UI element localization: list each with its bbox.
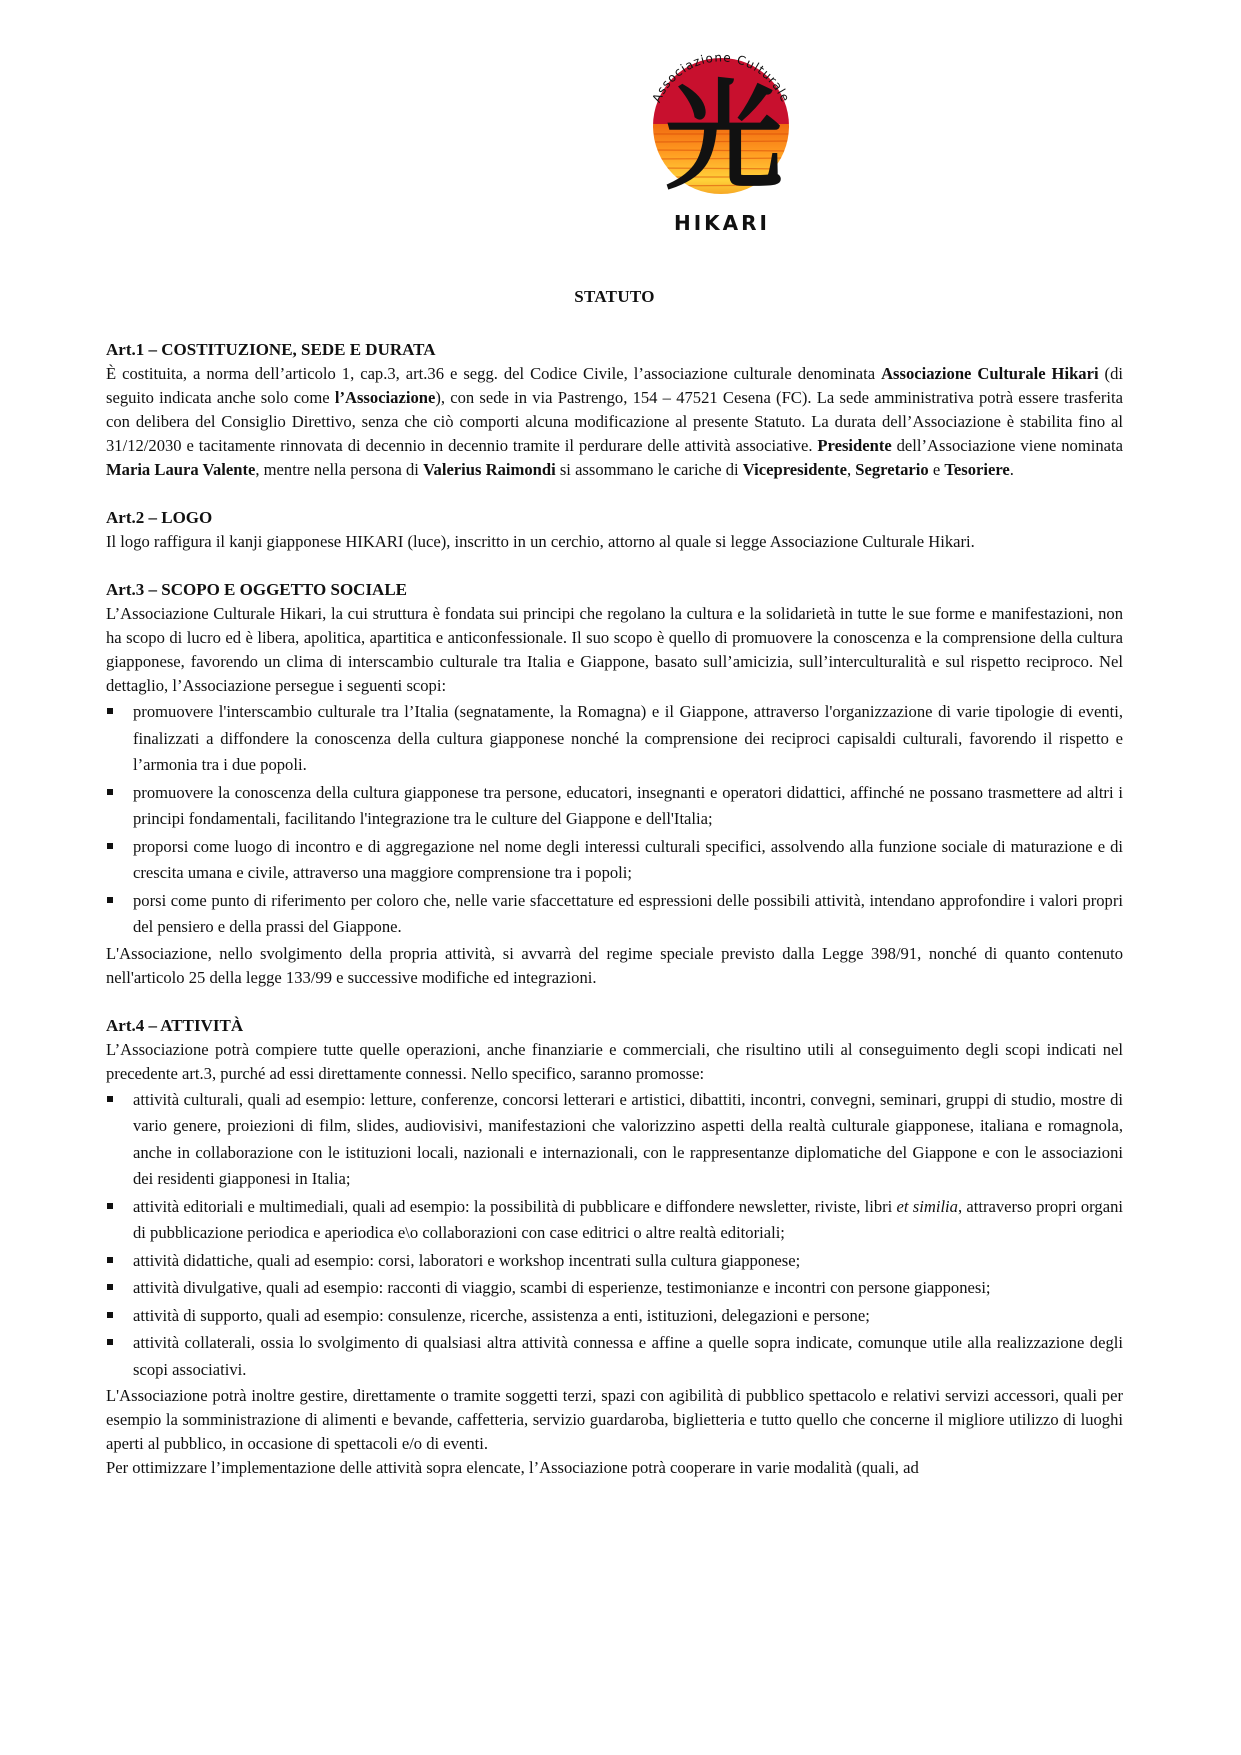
article-4: Art.4 – ATTIVITÀ L’Associazione potrà co…	[106, 1014, 1123, 1481]
article-intro: L’Associazione Culturale Hikari, la cui …	[106, 602, 1123, 698]
article-paragraph: Il logo raffigura il kanji giapponese HI…	[106, 530, 1123, 554]
hikari-logo: Associazione Culturale 光 HIKARI	[634, 38, 814, 238]
square-bullet-icon	[107, 1339, 113, 1345]
bold-text: Vicepresidente	[743, 460, 847, 479]
bold-text: l’Associazione	[335, 388, 435, 407]
list-item: promuovere l'interscambio culturale tra …	[106, 699, 1123, 779]
article-heading: Art.1 – COSTITUZIONE, SEDE E DURATA	[106, 338, 1123, 362]
document-title: STATUTO	[106, 287, 1123, 307]
bold-text: Valerius Raimondi	[423, 460, 556, 479]
square-bullet-icon	[107, 1096, 113, 1102]
list-item-text: porsi come punto di riferimento per colo…	[133, 891, 1123, 937]
list-item: attività culturali, quali ad esempio: le…	[106, 1087, 1123, 1193]
article-intro: L’Associazione potrà compiere tutte quel…	[106, 1038, 1123, 1086]
square-bullet-icon	[107, 1312, 113, 1318]
list-item: attività di supporto, quali ad esempio: …	[106, 1303, 1123, 1330]
bullet-list: promuovere l'interscambio culturale tra …	[106, 699, 1123, 941]
list-item-text: proporsi come luogo di incontro e di agg…	[133, 837, 1123, 883]
square-bullet-icon	[107, 708, 113, 714]
article-heading: Art.3 – SCOPO E OGGETTO SOCIALE	[106, 578, 1123, 602]
article-paragraph: È costituita, a norma dell’articolo 1, c…	[106, 362, 1123, 482]
list-item-text: promuovere la conoscenza della cultura g…	[133, 783, 1123, 829]
list-item-text: promuovere l'interscambio culturale tra …	[133, 702, 1123, 774]
square-bullet-icon	[107, 1284, 113, 1290]
bold-text: Presidente	[817, 436, 891, 455]
square-bullet-icon	[107, 897, 113, 903]
article-2: Art.2 – LOGO Il logo raffigura il kanji …	[106, 506, 1123, 554]
list-item-text: attività divulgative, quali ad esempio: …	[133, 1278, 991, 1297]
article-heading: Art.2 – LOGO	[106, 506, 1123, 530]
list-item: promuovere la conoscenza della cultura g…	[106, 780, 1123, 833]
square-bullet-icon	[107, 1257, 113, 1263]
list-item: porsi come punto di riferimento per colo…	[106, 888, 1123, 941]
list-item: attività editoriali e multimediali, qual…	[106, 1194, 1123, 1247]
list-item-text: attività culturali, quali ad esempio: le…	[133, 1090, 1123, 1189]
article-3: Art.3 – SCOPO E OGGETTO SOCIALE L’Associ…	[106, 578, 1123, 990]
bold-text: Tesoriere	[944, 460, 1009, 479]
list-item: attività didattiche, quali ad esempio: c…	[106, 1248, 1123, 1275]
bold-text: Maria Laura Valente	[106, 460, 255, 479]
svg-text:HIKARI: HIKARI	[674, 211, 770, 235]
list-item-text: attività didattiche, quali ad esempio: c…	[133, 1251, 800, 1270]
article-heading: Art.4 – ATTIVITÀ	[106, 1014, 1123, 1038]
article-outro: L'Associazione, nello svolgimento della …	[106, 942, 1123, 990]
italic-text: et similia	[897, 1197, 958, 1216]
bold-text: Segretario	[855, 460, 928, 479]
list-item: attività collaterali, ossia lo svolgimen…	[106, 1330, 1123, 1383]
bold-text: Associazione Culturale Hikari	[881, 364, 1099, 383]
square-bullet-icon	[107, 843, 113, 849]
square-bullet-icon	[107, 789, 113, 795]
list-item-text: attività collaterali, ossia lo svolgimen…	[133, 1333, 1123, 1379]
article-outro-continued: Per ottimizzare l’implementazione delle …	[106, 1456, 1123, 1480]
list-item: attività divulgative, quali ad esempio: …	[106, 1275, 1123, 1302]
bullet-list: attività culturali, quali ad esempio: le…	[106, 1087, 1123, 1384]
list-item-text: attività editoriali e multimediali, qual…	[133, 1197, 1123, 1243]
article-outro: L'Associazione potrà inoltre gestire, di…	[106, 1384, 1123, 1456]
logo-graphic: Associazione Culturale 光 HIKARI	[634, 38, 814, 238]
article-1: Art.1 – COSTITUZIONE, SEDE E DURATA È co…	[106, 338, 1123, 482]
square-bullet-icon	[107, 1203, 113, 1209]
svg-text:光: 光	[665, 68, 783, 206]
document-body: Art.1 – COSTITUZIONE, SEDE E DURATA È co…	[106, 338, 1123, 1480]
list-item-text: attività di supporto, quali ad esempio: …	[133, 1306, 870, 1325]
list-item: proporsi come luogo di incontro e di agg…	[106, 834, 1123, 887]
